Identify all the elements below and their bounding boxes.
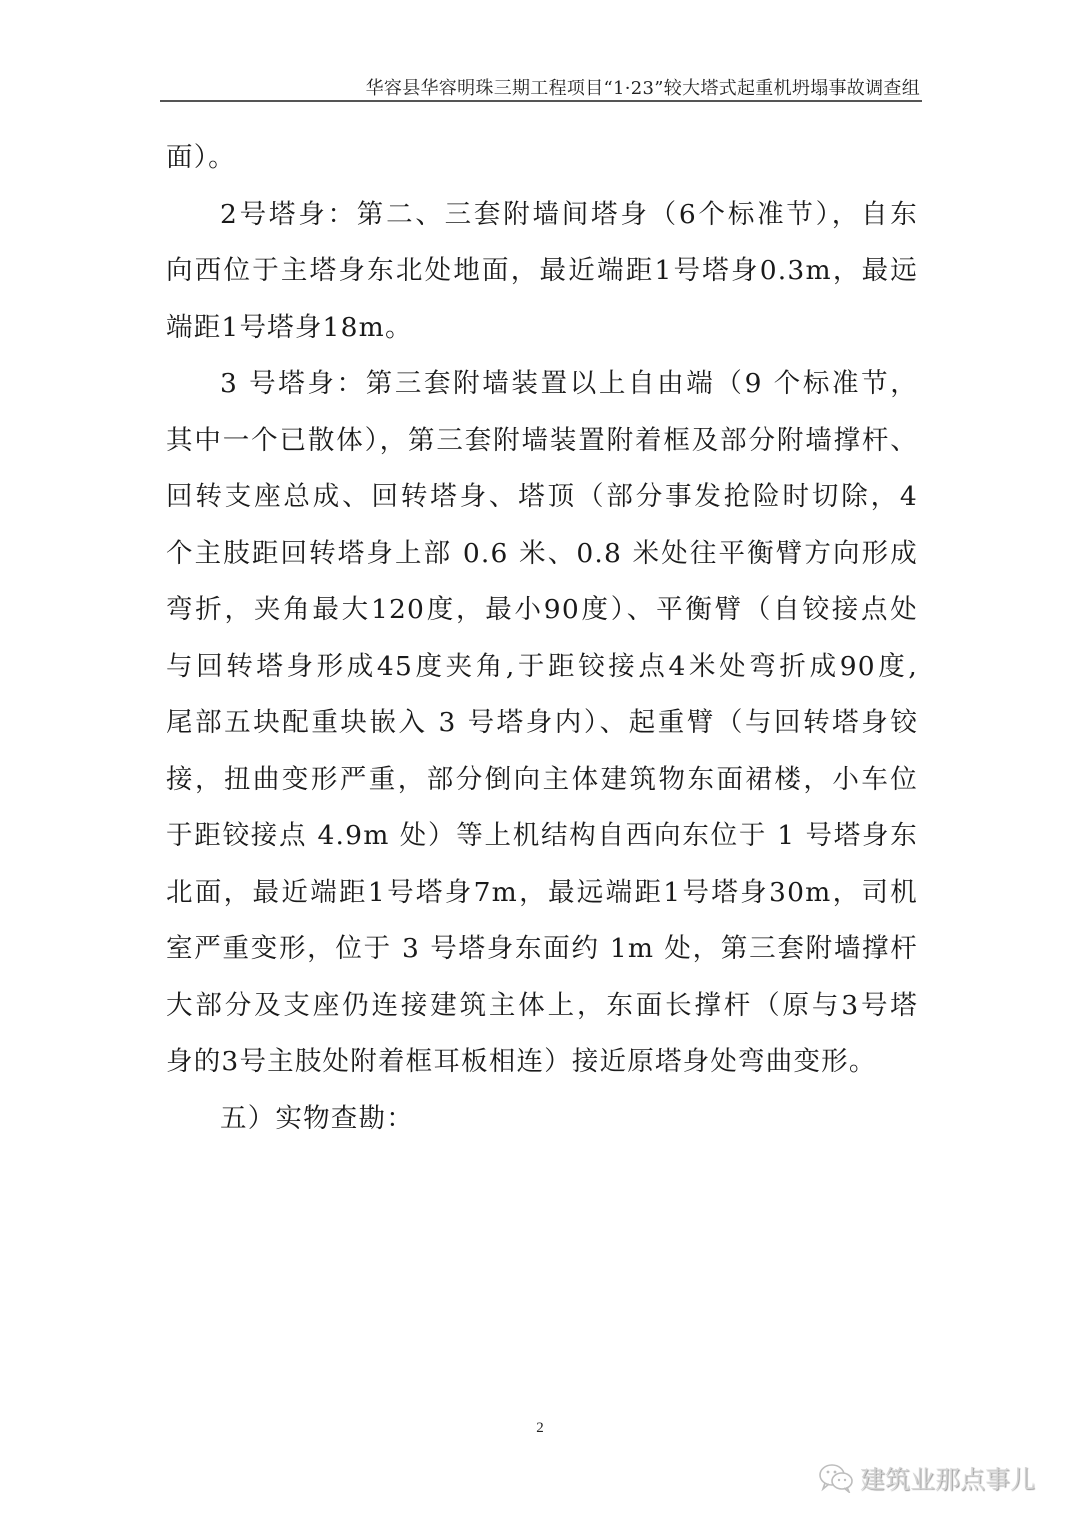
text-line: 回转支座总成、回转塔身、塔顶（部分事发抢险时切除，4 (166, 469, 918, 526)
text-line: 向西位于主塔身东北处地面，最近端距1号塔身0.3m，最远 (166, 243, 918, 300)
text-line: 北面，最近端距1号塔身7m，最远端距1号塔身30m，司机 (166, 865, 918, 922)
document-body: 面）。 2号塔身：第二、三套附墙间塔身（6个标准节），自东 向西位于主塔身东北处… (166, 130, 918, 1147)
text-line: 端距1号塔身18m。 (166, 300, 918, 357)
text-line: 于距铰接点 4.9m 处）等上机结构自西向东位于 1 号塔身东 (166, 808, 918, 865)
text-line: 弯折，夹角最大120度，最小90度）、平衡臂（自铰接点处 (166, 582, 918, 639)
paragraph-tower-2: 2号塔身：第二、三套附墙间塔身（6个标准节），自东 向西位于主塔身东北处地面，最… (166, 187, 918, 357)
text-line: 2号塔身：第二、三套附墙间塔身（6个标准节），自东 (166, 187, 918, 244)
section-heading-physical-inspection: 五）实物查勘： (166, 1091, 918, 1148)
running-header: 华容县华容明珠三期工程项目“1·23”较大塔式起重机坍塌事故调查组 (160, 74, 920, 100)
text-line: 其中一个已散体），第三套附墙装置附着框及部分附墙撑杆、 (166, 413, 918, 470)
wechat-icon (818, 1463, 854, 1493)
text-line: 与回转塔身形成45度夹角,于距铰接点4米处弯折成90度, (166, 639, 918, 696)
text-line: 3 号塔身：第三套附墙装置以上自由端（9 个标准节， (166, 356, 918, 413)
page-number: 2 (0, 1420, 1080, 1437)
text-line: 个主肢距回转塔身上部 0.6 米、0.8 米处往平衡臂方向形成 (166, 526, 918, 583)
text-line: 面）。 (166, 130, 918, 187)
watermark: 建筑业那点事儿 (818, 1460, 1035, 1496)
text-line: 身的3号主肢处附着框耳板相连）接近原塔身处弯曲变形。 (166, 1034, 918, 1091)
text-line: 尾部五块配重块嵌入 3 号塔身内）、起重臂（与回转塔身铰 (166, 695, 918, 752)
watermark-text: 建筑业那点事儿 (860, 1460, 1035, 1496)
text-line: 五）实物查勘： (166, 1091, 918, 1148)
text-line: 大部分及支座仍连接建筑主体上，东面长撑杆（原与3号塔 (166, 978, 918, 1035)
paragraph-tower-3: 3 号塔身：第三套附墙装置以上自由端（9 个标准节， 其中一个已散体），第三套附… (166, 356, 918, 1091)
paragraph-continuation: 面）。 (166, 130, 918, 187)
header-divider (160, 100, 922, 102)
text-line: 接，扭曲变形严重，部分倒向主体建筑物东面裙楼，小车位 (166, 752, 918, 809)
text-line: 室严重变形，位于 3 号塔身东面约 1m 处，第三套附墙撑杆 (166, 921, 918, 978)
